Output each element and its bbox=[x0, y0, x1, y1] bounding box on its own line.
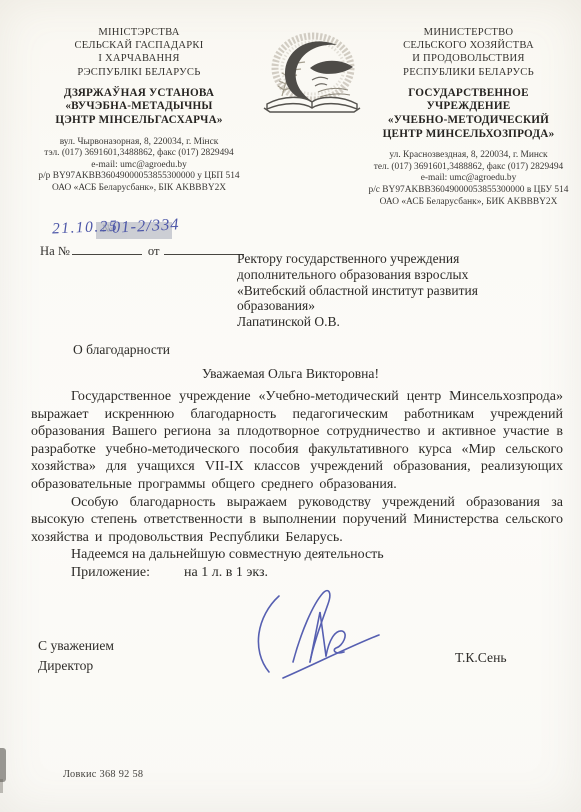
ministry-line: МІНІСТЭРСТВА bbox=[22, 26, 256, 39]
body-paragraph-2: Особую благодарность выражаем руководств… bbox=[31, 494, 563, 547]
attachment-label: Приложение: bbox=[71, 565, 150, 580]
ministry-name-ru: МИНИСТЕРСТВО СЕЛЬСКОГО ХОЗЯЙСТВА И ПРОДО… bbox=[368, 26, 569, 79]
attachment-value: на 1 л. в 1 экз. bbox=[184, 565, 268, 580]
address-line: ОАО «АСБ Беларусбанк», БИК AKBBBY2X bbox=[368, 197, 569, 209]
address-line: тел. (017) 3691601,3488862, факс (017) 2… bbox=[368, 162, 569, 174]
recipient-block: Ректору государственного учреждения допо… bbox=[237, 251, 562, 330]
address-line: ОАО «АСБ Беларусбанк», БІК AKBBBY2X bbox=[22, 183, 256, 195]
attachment-line: Приложение:на 1 л. в 1 экз. bbox=[31, 564, 563, 582]
letterhead: МІНІСТЭРСТВА СЕЛЬСКАЙ ГАСПАДАРКІ І ХАРЧА… bbox=[22, 26, 569, 208]
organization-name-ru: ГОСУДАРСТВЕННОЕ УЧРЕЖДЕНИЕ «УЧЕБНО-МЕТОД… bbox=[368, 87, 569, 141]
scan-edge-artifact bbox=[0, 779, 3, 793]
signature-closing-block: С уважением Директор bbox=[38, 636, 114, 676]
ministry-line: РЕСПУБЛИКИ БЕЛАРУСЬ bbox=[368, 66, 569, 79]
ministry-line: СЕЛЬСКОГО ХОЗЯЙСТВА bbox=[368, 39, 569, 52]
ministry-line: МИНИСТЕРСТВО bbox=[368, 26, 569, 39]
scan-edge-artifact bbox=[0, 748, 6, 782]
scanned-letter-page: МІНІСТЭРСТВА СЕЛЬСКАЙ ГАСПАДАРКІ І ХАРЧА… bbox=[0, 0, 581, 812]
body-paragraph-1: Государственное учреждение «Учебно-метод… bbox=[31, 388, 563, 494]
address-line: тэл. (017) 3691601,3488862, факс (017) 2… bbox=[22, 148, 256, 160]
org-line: «УЧЕБНО-МЕТОДИЧЕСКИЙ bbox=[368, 114, 569, 128]
org-line: ДЗЯРЖАЎНАЯ УСТАНОВА bbox=[22, 87, 256, 101]
org-line: ЦЭНТР МІНСЕЛЬГАСХАРЧА» bbox=[22, 114, 256, 128]
org-line: ЦЕНТР МИНСЕЛЬХОЗПРОДА» bbox=[368, 128, 569, 142]
address-line: р/с BY97AKBB36049000053855300000 в ЦБУ 5… bbox=[368, 185, 569, 197]
reply-number-blank bbox=[72, 243, 142, 255]
organization-name-by: ДЗЯРЖАЎНАЯ УСТАНОВА «ВУЧЭБНА-МЕТАДЫЧНЫ Ц… bbox=[22, 87, 256, 128]
recipient-line: Ректору государственного учреждения bbox=[237, 251, 562, 267]
address-block-ru: ул. Краснозвездная, 8, 220034, г. Минск … bbox=[368, 150, 569, 208]
reply-from-label: от bbox=[148, 244, 160, 258]
handwritten-outgoing-number: 01-2/334 bbox=[112, 214, 181, 238]
address-line: вул. Чырвоназорная, 8, 220034, г. Мінск bbox=[22, 137, 256, 149]
letterhead-right-russian: МИНИСТЕРСТВО СЕЛЬСКОГО ХОЗЯЙСТВА И ПРОДО… bbox=[368, 26, 569, 208]
emblem-icon bbox=[260, 28, 365, 120]
reply-date-blank bbox=[164, 243, 244, 255]
reply-reference-line: На №от bbox=[40, 243, 244, 259]
ministry-line: І ХАРЧАВАННЯ bbox=[22, 52, 256, 65]
salutation: Уважаемая Ольга Викторовна! bbox=[0, 366, 581, 382]
org-line: «ВУЧЭБНА-МЕТАДЫЧНЫ bbox=[22, 100, 256, 114]
executor-contact: Ловкис 368 92 58 bbox=[63, 769, 143, 780]
ministry-line: РЭСПУБЛІКІ БЕЛАРУСЬ bbox=[22, 66, 256, 79]
signature-icon bbox=[243, 580, 398, 688]
recipient-line: образования» bbox=[237, 298, 562, 314]
address-line: e-mail: umc@agroedu.by bbox=[22, 160, 256, 172]
address-line: ул. Краснозвездная, 8, 220034, г. Минск bbox=[368, 150, 569, 162]
subject-line: О благодарности bbox=[73, 342, 170, 358]
emblem-container bbox=[256, 26, 368, 125]
address-line: e-mail: umc@agroedu.by bbox=[368, 173, 569, 185]
recipient-line: Лапатинской О.В. bbox=[237, 314, 562, 330]
ministry-name-by: МІНІСТЭРСТВА СЕЛЬСКАЙ ГАСПАДАРКІ І ХАРЧА… bbox=[22, 26, 256, 79]
handwritten-date: 21.10.25 bbox=[52, 218, 119, 239]
recipient-line: «Витебский областной институт развития bbox=[237, 283, 562, 299]
body-closing-line: Надеемся на дальнейшую совместную деятел… bbox=[31, 546, 563, 564]
signer-name: Т.К.Сень bbox=[455, 650, 507, 666]
signer-position: Директор bbox=[38, 656, 114, 676]
closing-phrase: С уважением bbox=[38, 636, 114, 656]
letter-body: Государственное учреждение «Учебно-метод… bbox=[31, 388, 563, 582]
org-line: ГОСУДАРСТВЕННОЕ УЧРЕЖДЕНИЕ bbox=[368, 87, 569, 114]
address-block-by: вул. Чырвоназорная, 8, 220034, г. Мінск … bbox=[22, 137, 256, 195]
reply-prefix-label: На № bbox=[40, 244, 70, 258]
letterhead-left-belarusian: МІНІСТЭРСТВА СЕЛЬСКАЙ ГАСПАДАРКІ І ХАРЧА… bbox=[22, 26, 256, 195]
ministry-line: И ПРОДОВОЛЬСТВИЯ bbox=[368, 52, 569, 65]
recipient-line: дополнительного образования взрослых bbox=[237, 267, 562, 283]
address-line: р/р BY97AKBB36049000053855300000 у ЦБП 5… bbox=[22, 171, 256, 183]
ministry-line: СЕЛЬСКАЙ ГАСПАДАРКІ bbox=[22, 39, 256, 52]
